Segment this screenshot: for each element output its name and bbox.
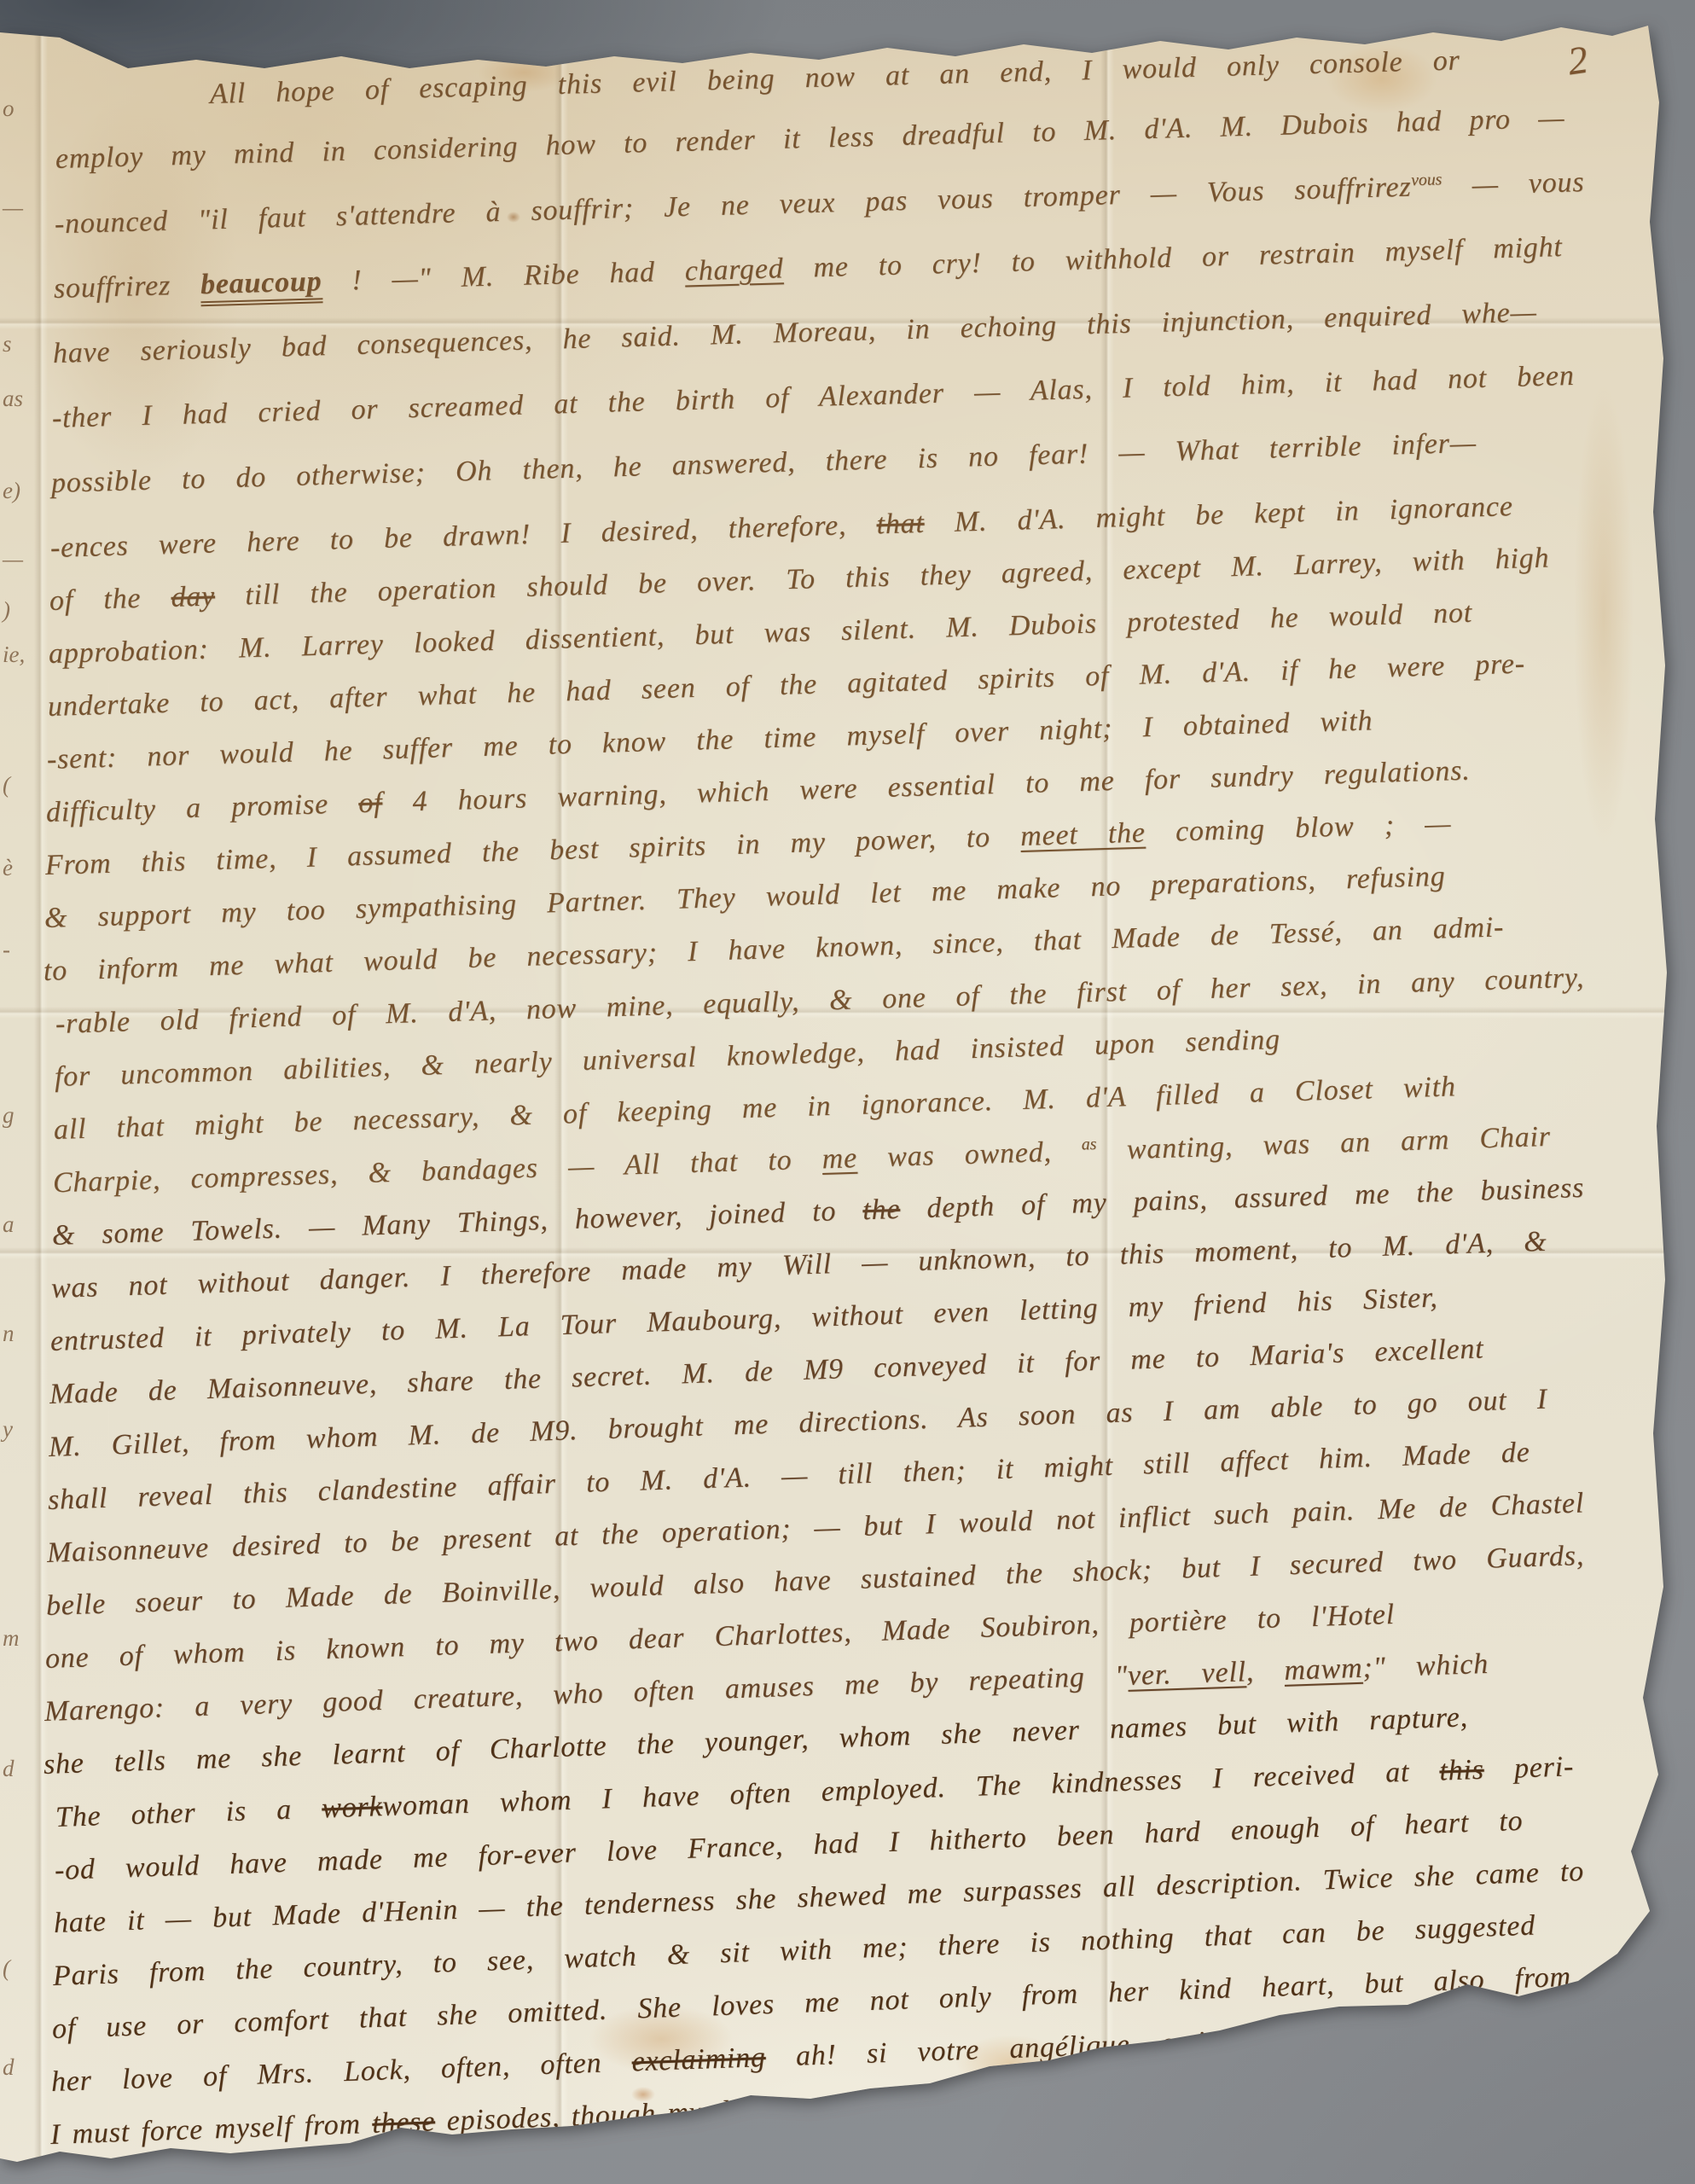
margin-ink-fragment: è bbox=[3, 855, 13, 881]
manuscript-text: 4 hours warning, which were essential to… bbox=[382, 755, 1471, 819]
manuscript-text: depth of my pains, assured me the busine… bbox=[900, 1172, 1585, 1225]
manuscript-text: have seriously bad consequences, he said… bbox=[52, 296, 1537, 369]
margin-ink-fragment: g bbox=[3, 1102, 15, 1129]
manuscript-text: woman whom I have often employed. The ki… bbox=[382, 1756, 1440, 1823]
manuscript-word-u: meet the bbox=[1020, 817, 1146, 852]
manuscript-text: -ther I had cried or screamed at the bir… bbox=[51, 360, 1575, 434]
manuscript-word-strike: of bbox=[358, 787, 383, 819]
manuscript-text: , bbox=[1245, 1655, 1285, 1687]
manuscript-word-strike: work bbox=[322, 1791, 383, 1824]
manuscript-text bbox=[1146, 2081, 1158, 2112]
manuscript-text: ;" which bbox=[1362, 1648, 1489, 1684]
manuscript-line: All hope of escaping this evil being now… bbox=[209, 44, 1460, 111]
manuscript-text: difficulty a promise bbox=[45, 787, 358, 828]
manuscript-text: episodes, though my dearest Esther will … bbox=[434, 2083, 1088, 2138]
margin-ink-fragment: n bbox=[3, 1321, 15, 1347]
manuscript-word-strike: that bbox=[876, 508, 925, 541]
manuscript-line: -ther I had cried or screamed at the bir… bbox=[51, 360, 1575, 435]
manuscript-text: possible to do otherwise; Oh then, he an… bbox=[50, 427, 1477, 499]
margin-ink-fragment: a bbox=[3, 1211, 15, 1238]
manuscript-word-u: mawm bbox=[1284, 1653, 1363, 1687]
margin-ink-fragment: d bbox=[3, 2054, 15, 2081]
manuscript-page: 2 All hope of escaping this evil being n… bbox=[0, 0, 1695, 2184]
manuscript-text: M. d'A. might be kept in ignorance bbox=[924, 491, 1513, 539]
manuscript-text: coming blow ; — bbox=[1145, 808, 1452, 849]
margin-ink-fragment: as bbox=[3, 386, 23, 412]
manuscript-text: From this time, I assumed the best spiri… bbox=[44, 821, 1020, 881]
margin-ink-fragment: s bbox=[3, 331, 12, 357]
manuscript-word-u: charged bbox=[684, 253, 784, 287]
manuscript-text: peri- bbox=[1483, 1751, 1575, 1786]
manuscript-text: her love of Mrs. Lock, often, often bbox=[50, 2046, 632, 2098]
manuscript-word-sup: vous bbox=[1411, 170, 1442, 189]
scan-background: 2 All hope of escaping this evil being n… bbox=[0, 0, 1695, 2184]
manuscript-word-uu: de Trop bbox=[1158, 2077, 1259, 2118]
manuscript-text: employ my mind in considering how to ren… bbox=[55, 102, 1564, 175]
margin-ink-fragment: - bbox=[3, 937, 10, 963]
manuscript-text: . bbox=[1257, 2077, 1278, 2109]
manuscript-line: -nounced "il faut s'attendre à souffrir;… bbox=[54, 166, 1584, 241]
manuscript-line: souffrirez beaucoup ! —" M. Ribe had cha… bbox=[53, 231, 1563, 305]
manuscript-text: & some Towels. — Many Things, however, j… bbox=[51, 1194, 863, 1252]
manuscript-line: have seriously bad consequences, he said… bbox=[52, 296, 1537, 370]
text-block: All hope of escaping this evil being now… bbox=[0, 0, 1695, 2184]
manuscript-word-strike: exclaiming bbox=[631, 2042, 766, 2077]
margin-ink-fragment: e) bbox=[3, 478, 20, 504]
manuscript-line: employ my mind in considering how to ren… bbox=[55, 102, 1564, 176]
manuscript-word-strike: these bbox=[372, 2106, 436, 2140]
margin-ink-fragment: — bbox=[3, 195, 23, 221]
manuscript-word-uu: beaucoup bbox=[200, 265, 323, 306]
manuscript-word-u: ver. vell bbox=[1127, 1656, 1246, 1692]
manuscript-word-strike: them bbox=[1087, 2081, 1147, 2114]
manuscript-line: possible to do otherwise; Oh then, he an… bbox=[50, 427, 1477, 500]
manuscript-text: Charpie, compresses, & bandages — All th… bbox=[52, 1143, 822, 1199]
manuscript-text: — vous bbox=[1442, 166, 1585, 202]
manuscript-word-strike: this bbox=[1439, 1754, 1485, 1787]
margin-ink-fragment: ) bbox=[3, 597, 10, 624]
manuscript-text: ah! si votre angélique amie étoit ici ? … bbox=[765, 2014, 1553, 2073]
manuscript-word-u: me bbox=[821, 1142, 857, 1175]
margin-ink-fragment: ie, bbox=[3, 642, 25, 668]
margin-ink-fragment: m bbox=[3, 1625, 20, 1652]
manuscript-text: me to cry! to withhold or restrain mysel… bbox=[783, 231, 1563, 284]
manuscript-text: I must force myself from bbox=[49, 2108, 373, 2151]
manuscript-text: was owned, bbox=[856, 1136, 1082, 1174]
margin-ink-fragment: ( bbox=[3, 1955, 10, 1982]
manuscript-text: wanting, was an arm Chair bbox=[1096, 1121, 1551, 1167]
paper-shadow-wrap: 2 All hope of escaping this evil being n… bbox=[0, 0, 1695, 2184]
manuscript-text: ! —" M. Ribe had bbox=[322, 256, 685, 298]
manuscript-text: -ences were here to be drawn! I desired,… bbox=[49, 508, 877, 564]
margin-ink-fragment: d bbox=[3, 1756, 15, 1782]
margin-ink-fragment: y bbox=[3, 1416, 13, 1443]
manuscript-text: The other is a bbox=[55, 1793, 322, 1833]
manuscript-word-sup: as bbox=[1081, 1135, 1096, 1154]
margin-ink-fragment: — bbox=[3, 546, 23, 572]
margin-ink-fragment: ( bbox=[3, 772, 10, 799]
manuscript-word-strike: the bbox=[862, 1194, 901, 1226]
manuscript-text: souffrirez bbox=[53, 269, 200, 305]
manuscript-word-strike: day bbox=[171, 580, 216, 613]
manuscript-text: -nounced "il faut s'attendre à souffrir;… bbox=[54, 171, 1411, 241]
margin-ink-fragment: o bbox=[3, 96, 15, 122]
manuscript-text: of the bbox=[49, 582, 171, 617]
manuscript-text: All hope of escaping this evil being now… bbox=[209, 44, 1460, 110]
